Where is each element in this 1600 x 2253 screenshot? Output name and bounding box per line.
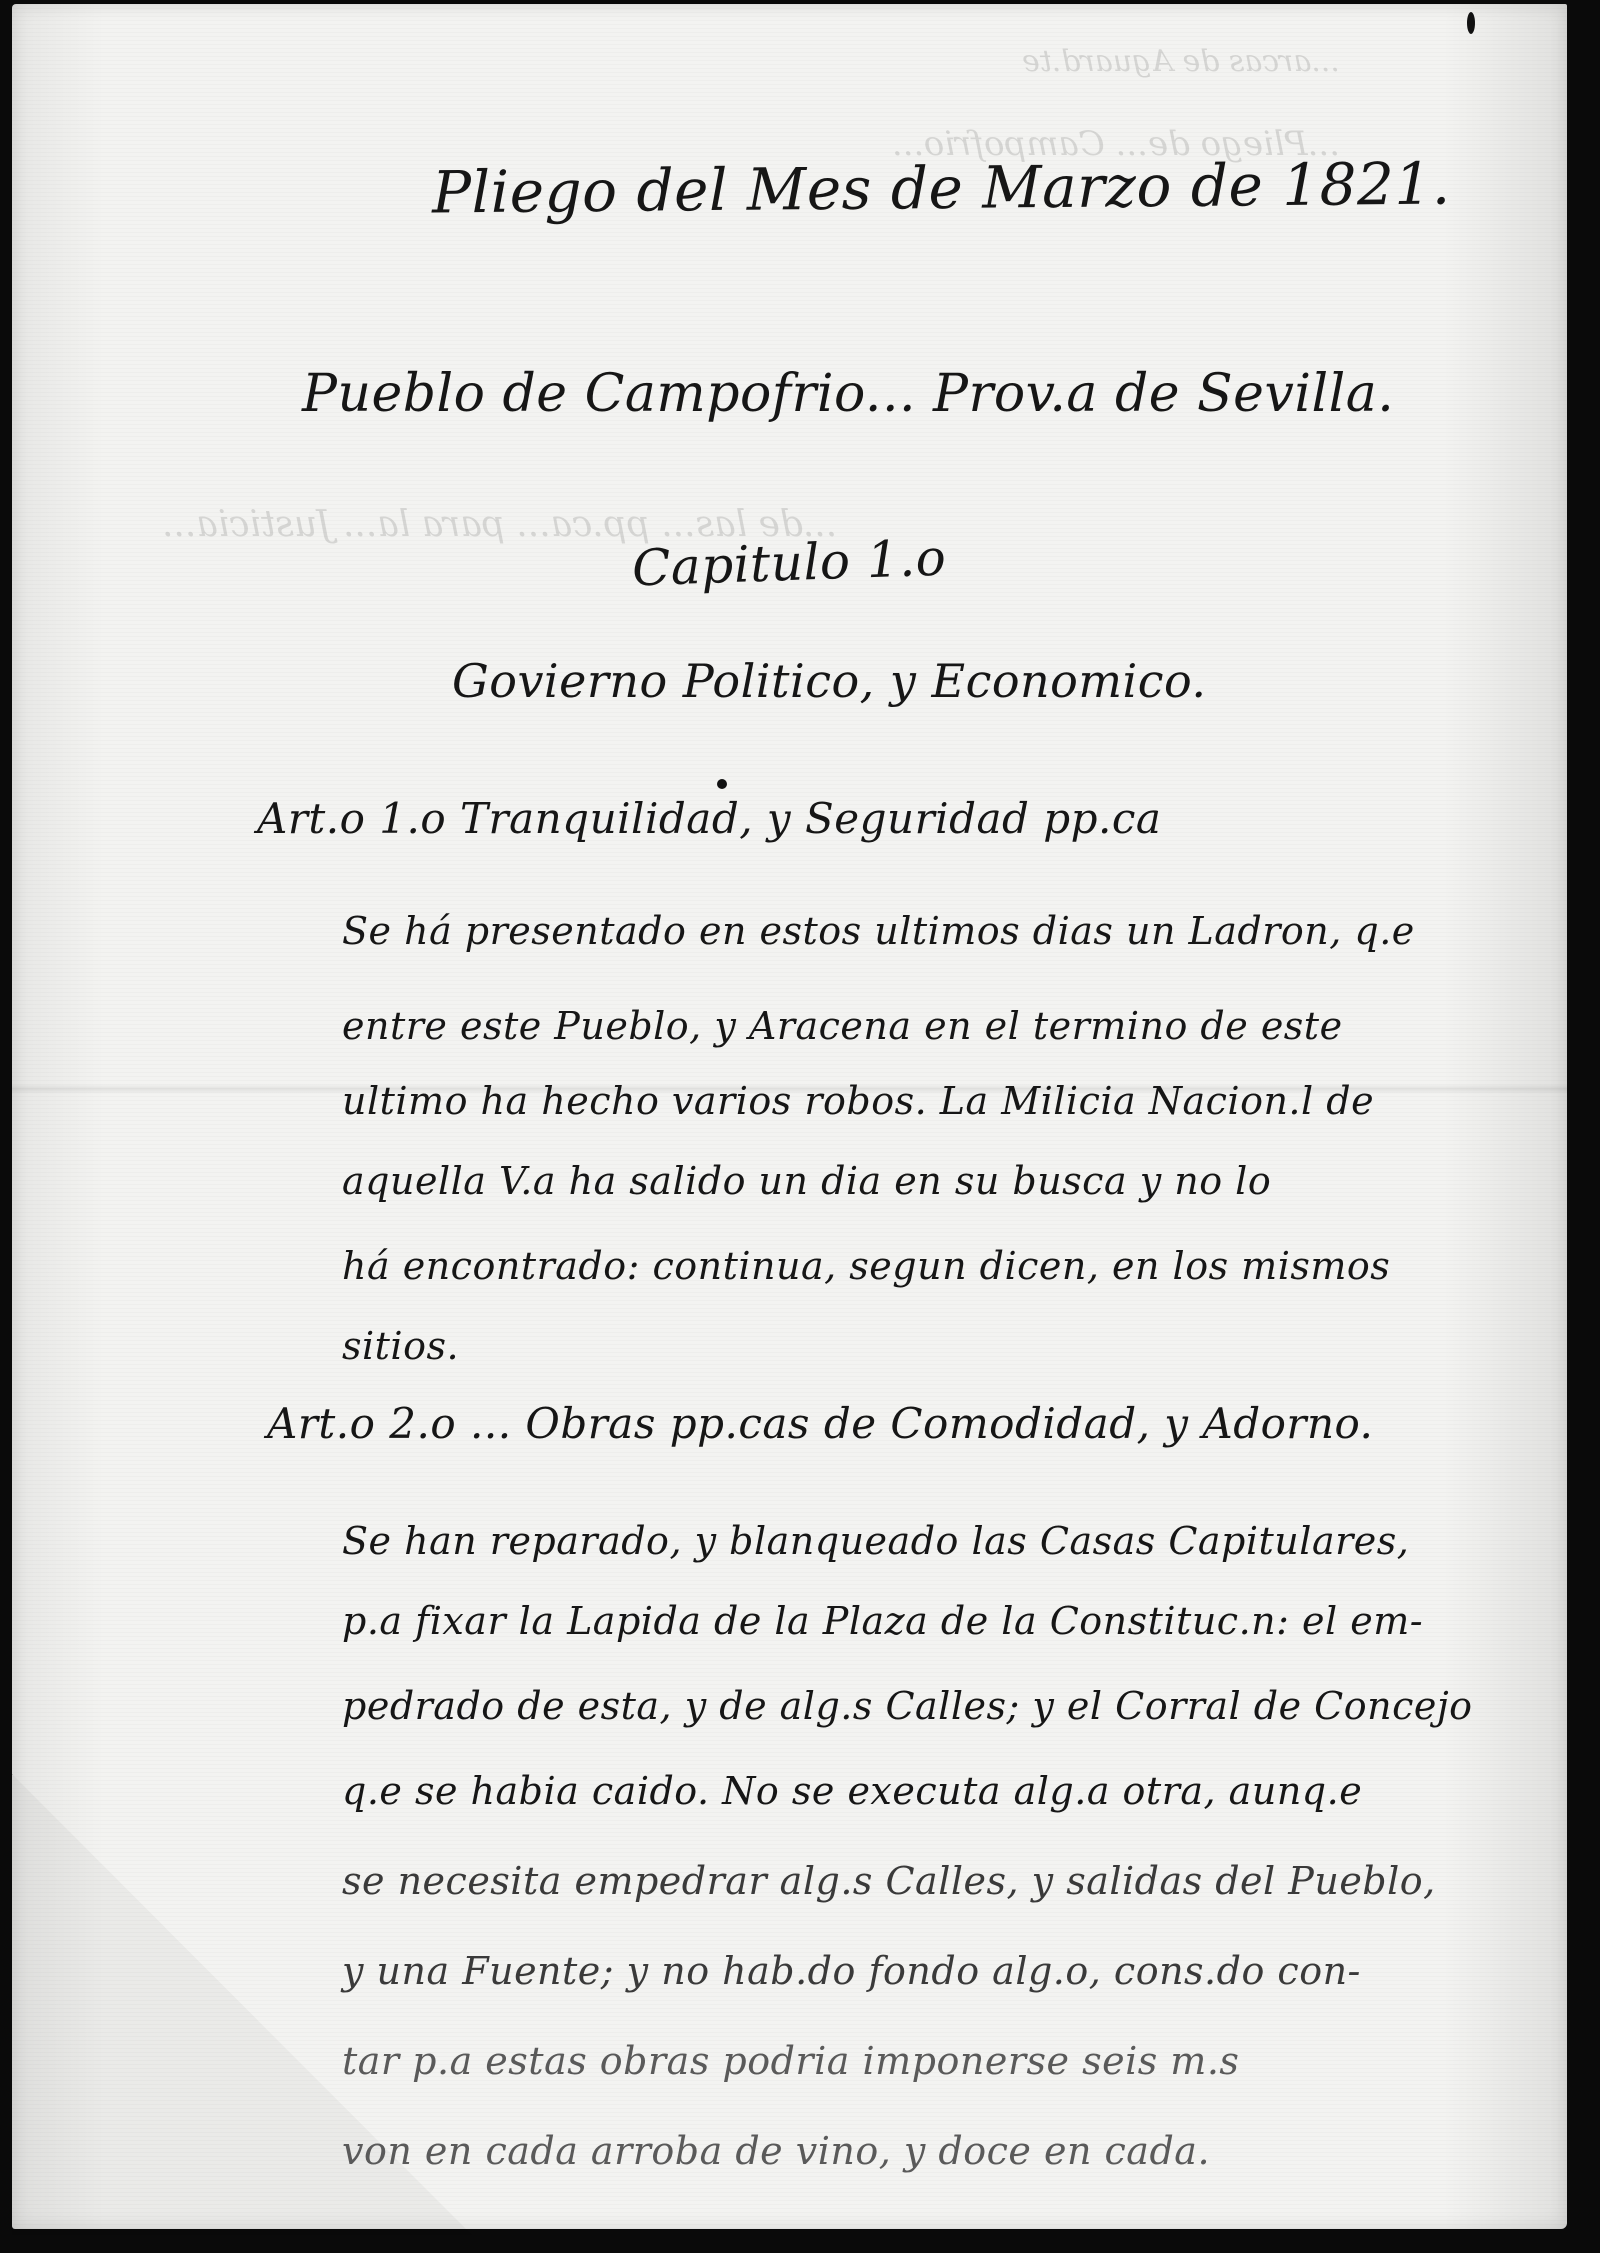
article-1-line: entre este Pueblo, y Aracena en el termi… bbox=[342, 1004, 1343, 1048]
article-title: Tranquilidad, y Seguridad pp.ca bbox=[460, 794, 1161, 843]
article-1-line: ultimo ha hecho varios robos. La Milicia… bbox=[342, 1079, 1374, 1123]
chapter-title: Capitulo 1.o bbox=[631, 529, 947, 598]
article-2-line: y una Fuente; y no hab.do fondo alg.o, c… bbox=[342, 1949, 1361, 1993]
article-1-line: sitios. bbox=[342, 1324, 459, 1368]
chapter-heading: Govierno Politico, y Economico. bbox=[452, 654, 1206, 708]
ink-spot bbox=[1467, 12, 1475, 34]
ink-spot bbox=[717, 779, 727, 789]
article-2-line: pedrado de esta, y de alg.s Calles; y el… bbox=[342, 1684, 1473, 1728]
article-2-line: se necesita empedrar alg.s Calles, y sal… bbox=[342, 1859, 1436, 1903]
document-subtitle: Pueblo de Campofrio... Prov.a de Sevilla… bbox=[302, 364, 1394, 424]
article-2-line: tar p.a estas obras podria imponerse sei… bbox=[342, 2039, 1239, 2083]
paper-sheet: ...arcas de Aguard.te ...Pliego de... Ca… bbox=[12, 4, 1567, 2229]
article-1-heading: Art.o 1.o Tranquilidad, y Seguridad pp.c… bbox=[257, 794, 1161, 843]
article-2-line: p.a fixar la Lapida de la Plaza de la Co… bbox=[342, 1599, 1423, 1643]
article-1-line: aquella V.a ha salido un dia en su busca… bbox=[342, 1159, 1271, 1203]
article-2-line: von en cada arroba de vino, y doce en ca… bbox=[342, 2129, 1210, 2173]
scanned-document: ...arcas de Aguard.te ...Pliego de... Ca… bbox=[0, 0, 1600, 2253]
article-1-line: Se há presentado en estos ultimos dias u… bbox=[342, 909, 1415, 953]
article-label: Art.o 1.o bbox=[257, 794, 446, 843]
article-2-line: Se han reparado, y blanqueado las Casas … bbox=[342, 1519, 1409, 1563]
document-title: Pliego del Mes de Marzo de 1821. bbox=[432, 150, 1451, 227]
article-label: Art.o 2.o bbox=[267, 1399, 456, 1448]
article-2-heading: Art.o 2.o ... Obras pp.cas de Comodidad,… bbox=[267, 1399, 1373, 1448]
article-1-line: há encontrado: continua, segun dicen, en… bbox=[342, 1244, 1390, 1288]
article-title: ... Obras pp.cas de Comodidad, y Adorno. bbox=[470, 1399, 1373, 1448]
bleed-through-text: ...arcas de Aguard.te bbox=[1022, 44, 1340, 79]
article-2-line: q.e se habia caido. No se executa alg.a … bbox=[342, 1769, 1362, 1813]
